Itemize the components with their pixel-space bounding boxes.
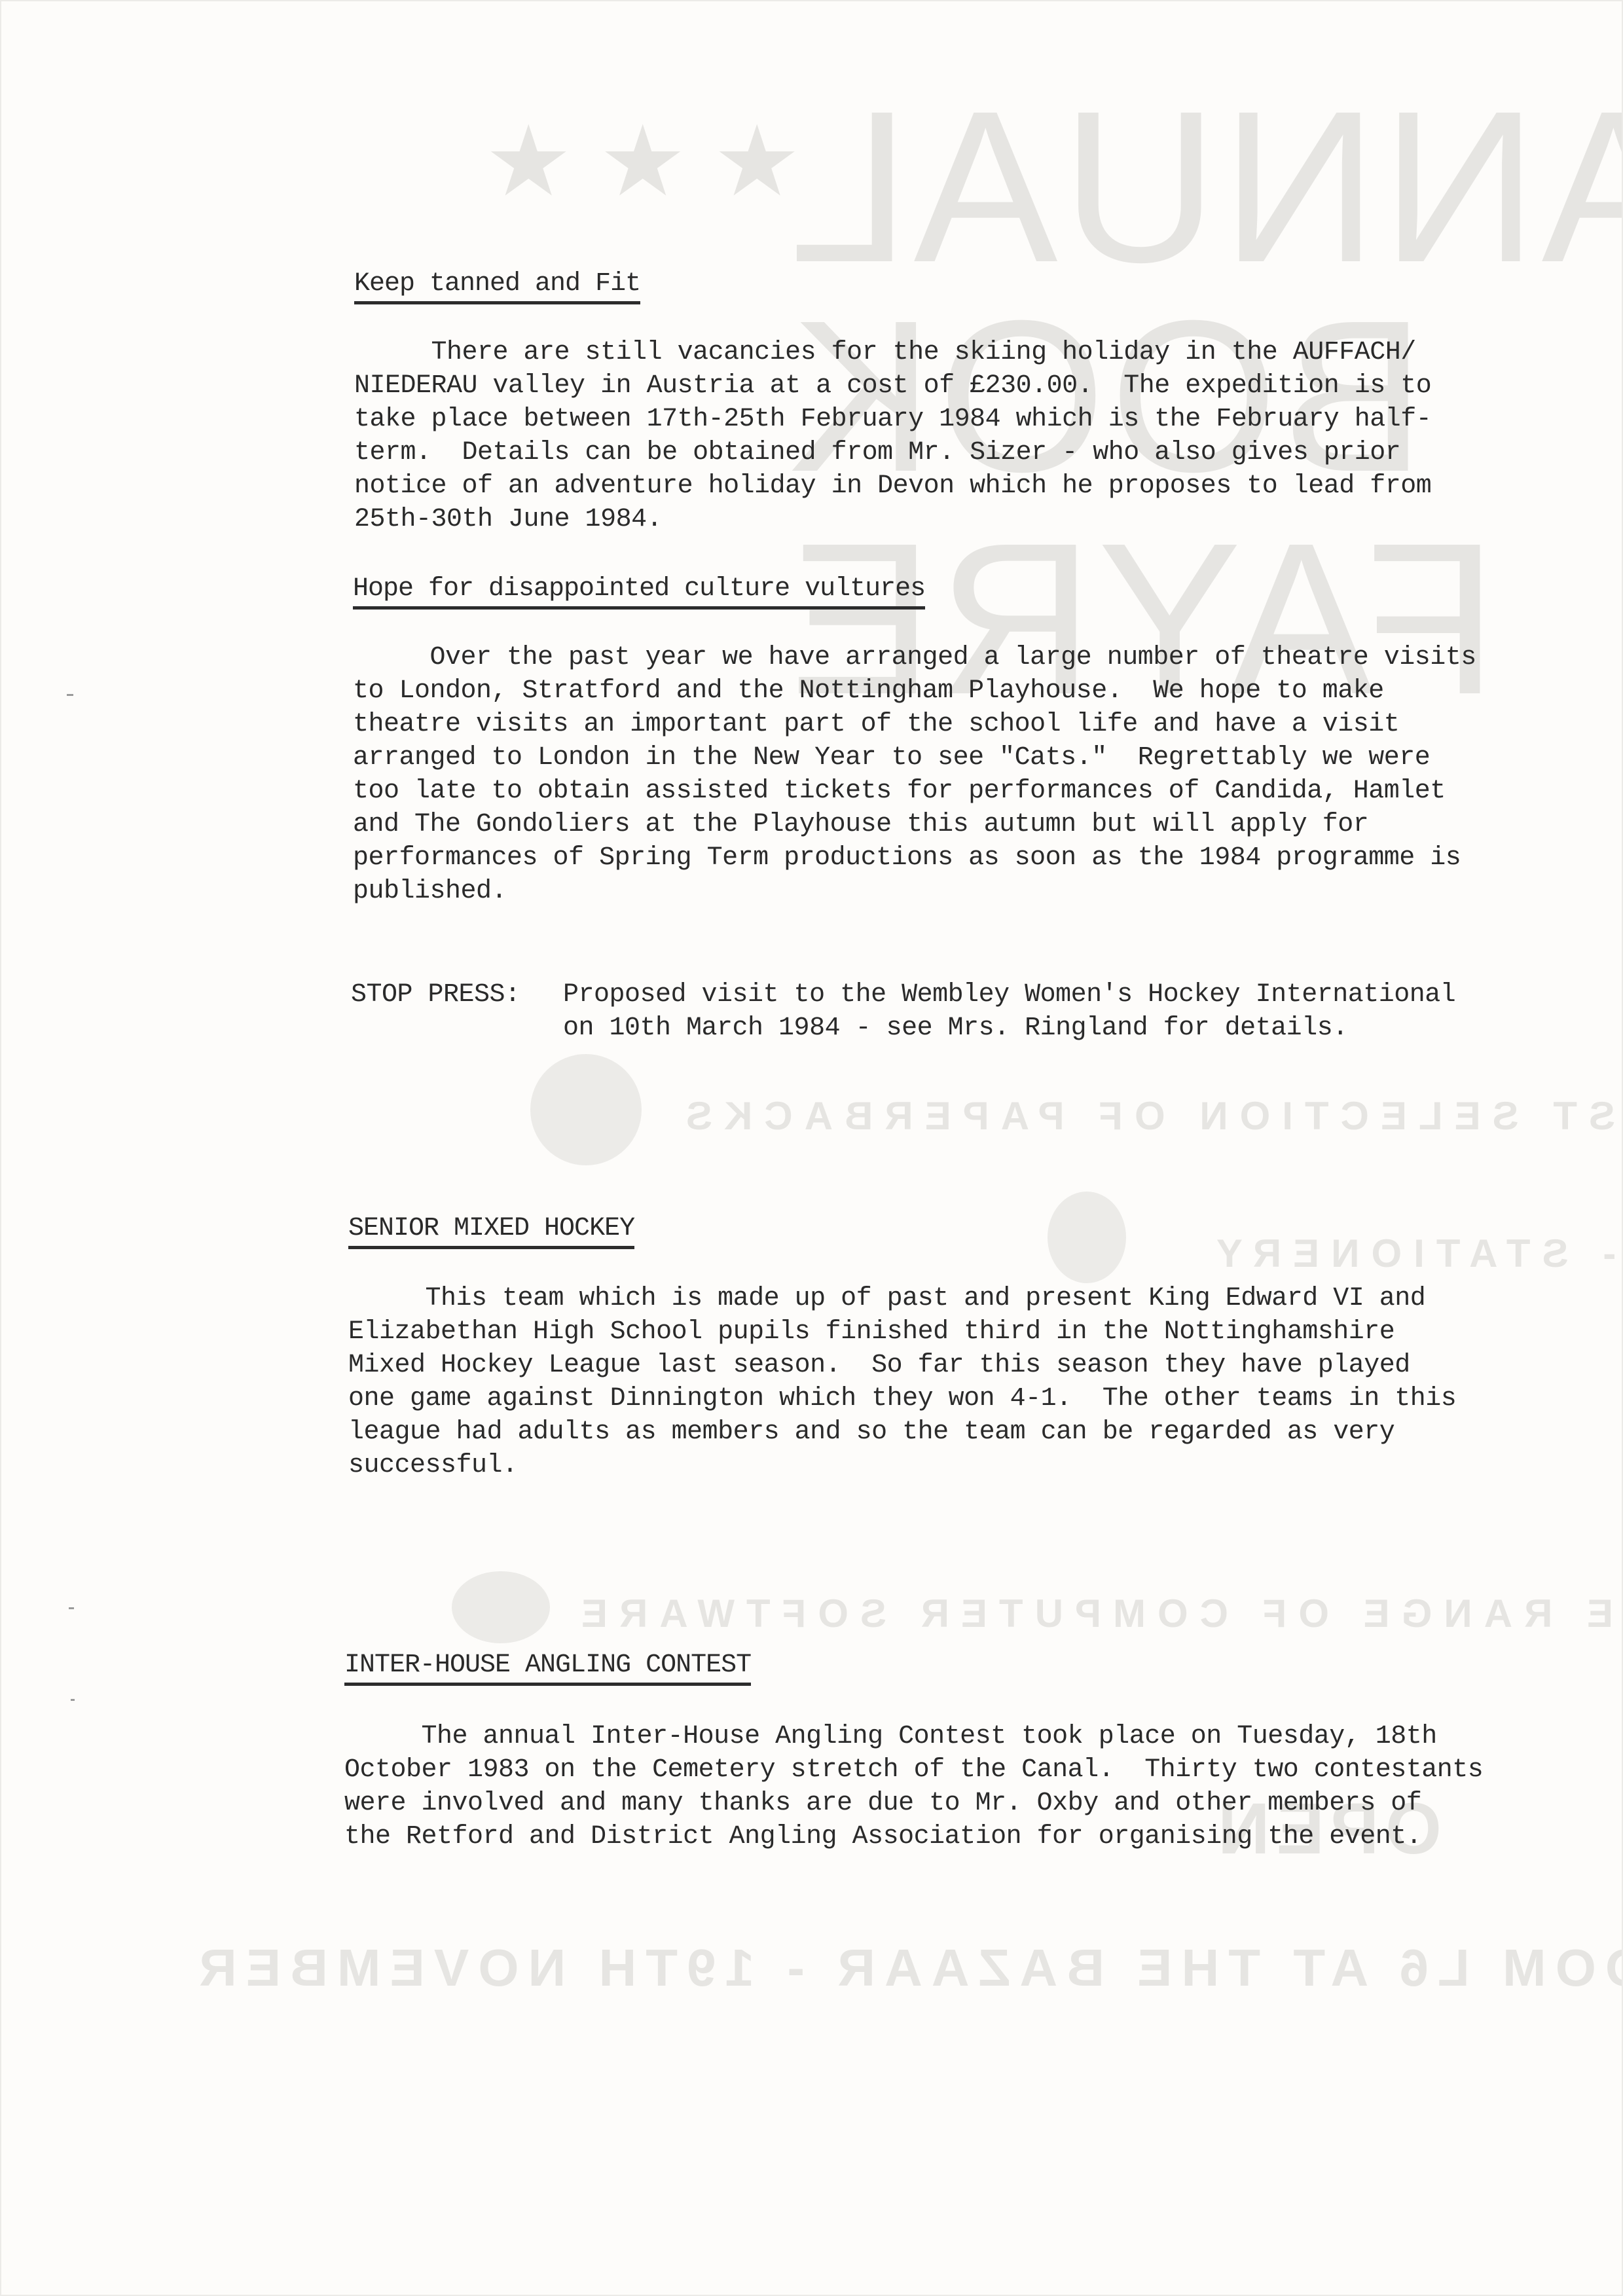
- section-body: Over the past year we have arranged a la…: [353, 641, 1476, 908]
- section-heading: Hope for disappointed culture vultures: [353, 575, 925, 610]
- text-line: performances of Spring Term productions …: [353, 841, 1476, 875]
- text-line: on 10th March 1984 - see Mrs. Ringland f…: [563, 1011, 1348, 1045]
- text-line: league had adults as members and so the …: [348, 1415, 1456, 1449]
- section-culture-vultures: Hope for disappointed culture vultures O…: [353, 575, 1476, 908]
- bleed-footer: ROOM L6 AT THE BAZAAR - 19TH NOVEMBER: [190, 1938, 1623, 1998]
- text-line: arranged to London in the New Year to se…: [353, 741, 1476, 774]
- text-line: NIEDERAU valley in Austria at a cost of …: [354, 369, 1431, 403]
- text-line: and The Gondoliers at the Playhouse this…: [353, 808, 1476, 841]
- text-line: successful.: [348, 1449, 1456, 1482]
- section-angling-contest: INTER-HOUSE ANGLING CONTEST The annual I…: [344, 1651, 1483, 1853]
- text-line: the Retford and District Angling Associa…: [344, 1820, 1483, 1853]
- text-line: 25th-30th June 1984.: [354, 503, 1431, 536]
- text-line: The annual Inter-House Angling Contest t…: [344, 1720, 1483, 1753]
- text-line: were involved and many thanks are due to…: [344, 1787, 1483, 1820]
- text-line: There are still vacancies for the skiing…: [354, 336, 1431, 369]
- text-line: October 1983 on the Cemetery stretch of …: [344, 1753, 1483, 1787]
- text-line: to London, Stratford and the Nottingham …: [353, 674, 1476, 708]
- text-line: term. Details can be obtained from Mr. S…: [354, 436, 1431, 469]
- margin-mark: [67, 694, 73, 696]
- text-line: theatre visits an important part of the …: [353, 708, 1476, 741]
- section-heading: Keep tanned and Fit: [354, 270, 640, 304]
- text-line: take place between 17th-25th February 19…: [354, 403, 1431, 436]
- section-heading: INTER-HOUSE ANGLING CONTEST: [344, 1651, 751, 1686]
- text-line: This team which is made up of past and p…: [348, 1282, 1456, 1315]
- bleed-shape: [452, 1571, 550, 1643]
- section-heading: SENIOR MIXED HOCKEY: [348, 1214, 634, 1249]
- text-line: Mixed Hockey League last season. So far …: [348, 1349, 1456, 1382]
- text-line: Proposed visit to the Wembley Women's Ho…: [563, 978, 1455, 1011]
- text-line: one game against Dinnington which they w…: [348, 1382, 1456, 1415]
- stop-press-label: STOP PRESS:: [351, 978, 520, 1011]
- margin-mark: [69, 1607, 74, 1609]
- bleed-heart-shape: [530, 1054, 642, 1165]
- section-body: There are still vacancies for the skiing…: [354, 336, 1431, 536]
- section-senior-mixed-hockey: SENIOR MIXED HOCKEY This team which is m…: [348, 1214, 1456, 1482]
- text-line: Over the past year we have arranged a la…: [353, 641, 1476, 674]
- bleed-stars: ★★★: [458, 105, 801, 219]
- section-body: The annual Inter-House Angling Contest t…: [344, 1720, 1483, 1853]
- bleed-annual: ANNUAL: [786, 79, 1623, 295]
- bleed-item-paperbacks: - VAST SELECTION OF PAPERBACKS: [674, 1093, 1623, 1139]
- text-line: notice of an adventure holiday in Devon …: [354, 469, 1431, 503]
- section-keep-tanned-and-fit: Keep tanned and Fit There are still vaca…: [354, 270, 1431, 536]
- text-line: too late to obtain assisted tickets for …: [353, 774, 1476, 808]
- bleed-item-software: - HUGE RANGE OF COMPUTER SOFTWARE: [570, 1591, 1623, 1636]
- section-body: This team which is made up of past and p…: [348, 1282, 1456, 1482]
- text-line: published.: [353, 875, 1476, 908]
- margin-mark: [71, 1699, 75, 1701]
- text-line: Elizabethan High School pupils finished …: [348, 1315, 1456, 1349]
